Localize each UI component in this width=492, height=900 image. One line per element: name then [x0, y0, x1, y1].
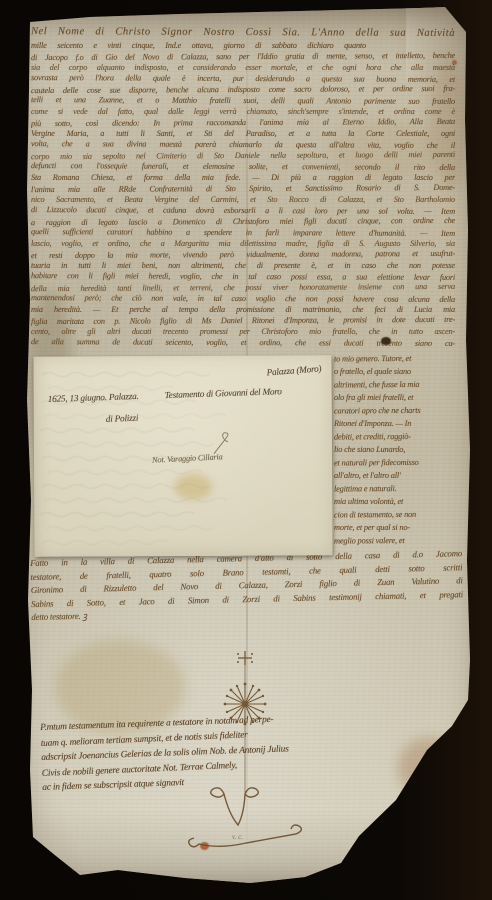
manuscript-line: tuaria in tutti li miei beni, non altrim… [31, 260, 455, 271]
manuscript-line: all'altro, et l'altro all' [334, 470, 466, 483]
wax-speck [200, 842, 209, 850]
photo-canvas: { "photo": { "background_color": "#0a070… [0, 0, 492, 900]
flourish-v-icon [189, 788, 302, 847]
manuscript-line: o fratello, el quale siano [334, 366, 466, 379]
testament-main-text: Nel Nome di Christo Signor Nostro Cossì … [31, 27, 455, 348]
manuscript-line: cento, oltre gli altri ducati trecento p… [31, 326, 455, 337]
manuscript-line: Nel Nome di Christo Signor Nostro Cossì … [31, 26, 455, 41]
manuscript-line: lio che siano Lunardo, [334, 444, 466, 457]
parchment-sheet: Nel Nome di Christo Signor Nostro Cossì … [0, 0, 492, 900]
manuscript-line: olo fra gli miei fratelli, et [334, 392, 466, 405]
manuscript-line: mia ultima volontà, et [334, 496, 466, 509]
manuscript-line: mille seicento e vinti cinque, Ind.e ott… [31, 40, 366, 51]
ink-blot [381, 337, 391, 345]
cross-icon [237, 651, 253, 665]
manuscript-line: sia del corpo alquanto indisposto, et co… [31, 62, 455, 73]
manuscript-line: nico Sacramento, et Beata Vergine del Ca… [31, 194, 455, 205]
manuscript-line: Vergine Maria, a tutti li Santi, et Sti … [31, 128, 455, 139]
parchment-stain [398, 738, 460, 798]
note-stain [174, 474, 212, 500]
manuscript-line: defuncti con l'ossequie funerali, et ele… [31, 160, 455, 173]
manuscript-line: telli et una Zuanne, et o Matthio fratel… [31, 94, 455, 107]
manuscript-line: cion di testamento, se non [334, 509, 466, 523]
manuscript-line: più sotto, così dicendo: In prima raccom… [31, 116, 455, 129]
manuscript-line: legittima e naturali. [334, 483, 466, 497]
manuscript-line: de alla summa de ducati seicento, voglio… [31, 336, 455, 349]
note-title-continued: di Polizzi [106, 413, 139, 424]
manuscript-line: quelli sufficienti caratori habbino a sp… [31, 226, 455, 239]
manuscript-line: morte, et per qual si no- [334, 522, 466, 535]
manuscript-photo: Nel Nome di Christo Signor Nostro Cossì … [0, 0, 492, 900]
manuscript-line: et resti doppo la mia morte, vivendo per… [31, 248, 455, 261]
manuscript-line: et naturali per fidecomisso [334, 457, 466, 471]
manuscript-line: debiti, et crediti, raggiò- [334, 431, 466, 445]
manuscript-line: caratori apro che ne charts [334, 405, 466, 419]
testament-right-column-fragments: to mio genero. Tutore, eto fratello, el … [334, 353, 466, 548]
manuscript-line: Ritonei d'Imponza. — In [334, 418, 466, 431]
manuscript-line: mantenendosi però; che ciò non vale, in … [31, 292, 455, 305]
archival-note-slip: Palazza (Moro) 1625, 13 giugno. Palazza.… [33, 355, 332, 557]
manuscript-line: to mio genero. Tutore, et [334, 353, 466, 367]
manuscript-line: altrimenti, che fusse la mia [334, 379, 466, 393]
manuscript-line: meglio possi valere, et [334, 535, 466, 549]
flourish-letters: v. c. [232, 833, 243, 841]
testament-closing-clause: Fatto in la villa di Calazza nella camer… [30, 547, 463, 624]
notary-latin-subscription: P.mtum testamentum ita requirente a test… [40, 711, 344, 796]
